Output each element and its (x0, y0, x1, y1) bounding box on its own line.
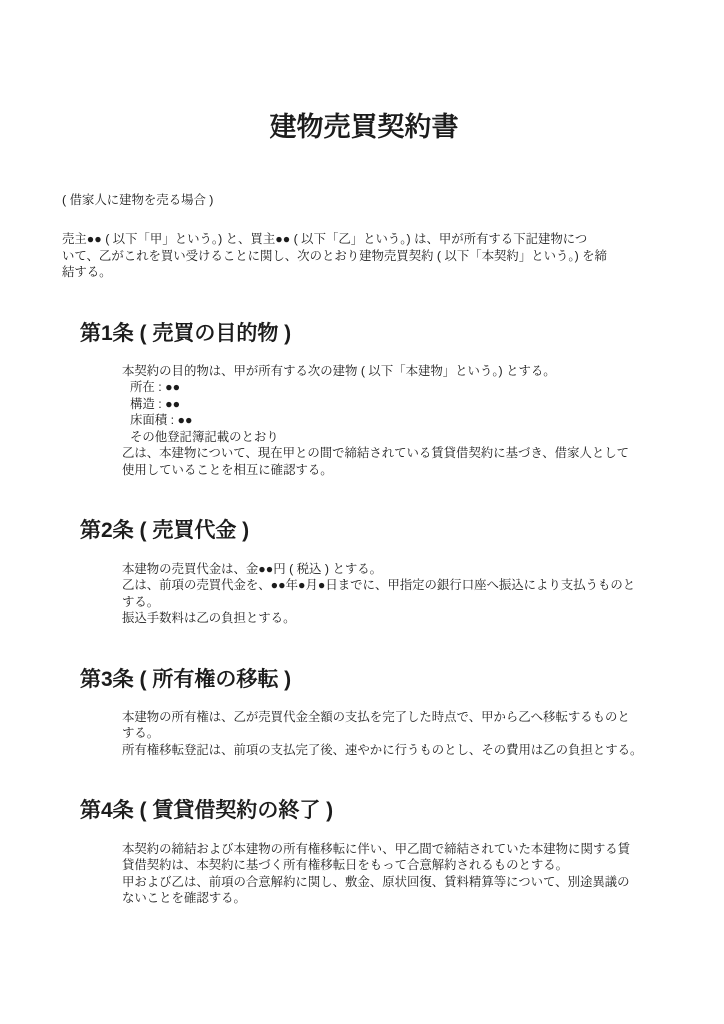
body-line: 本契約の目的物は、甲が所有する次の建物 ( 以下「本建物」という。) とする。 (122, 363, 666, 380)
body-line: 使用していることを相互に確認する。 (122, 462, 666, 479)
article-4-body: 本契約の締結および本建物の所有権移転に伴い、甲乙間で締結されていた本建物に関する… (122, 841, 666, 907)
body-line: 本建物の所有権は、乙が売買代金全額の支払を完了した時点で、甲から乙へ移転するもの… (122, 709, 666, 726)
article-2-body: 本建物の売買代金は、金●●円 ( 税込 ) とする。 乙は、前項の売買代金を、●… (122, 561, 666, 627)
property-detail-line: 所在 : ●● (130, 379, 666, 396)
preamble-line: 結する。 (62, 264, 666, 281)
body-line: 本建物の売買代金は、金●●円 ( 税込 ) とする。 (122, 561, 666, 578)
article-2: 第2条 ( 売買代金 ) 本建物の売買代金は、金●●円 ( 税込 ) とする。 … (62, 518, 666, 626)
property-detail-line: その他登記簿記載のとおり (130, 429, 666, 446)
body-line: 振込手数料は乙の負担とする。 (122, 610, 666, 627)
body-line: 乙は、本建物について、現在甲との間で締結されている賃貸借契約に基づき、借家人とし… (122, 445, 666, 462)
preamble: 売主●● ( 以下「甲」という。) と、買主●● ( 以下「乙」という。) は、… (62, 231, 666, 281)
preamble-line: 売主●● ( 以下「甲」という。) と、買主●● ( 以下「乙」という。) は、… (62, 231, 666, 248)
preamble-line: いて、乙がこれを買い受けることに関し、次のとおり建物売買契約 ( 以下「本契約」… (62, 248, 666, 265)
article-3-body: 本建物の所有権は、乙が売買代金全額の支払を完了した時点で、甲から乙へ移転するもの… (122, 709, 666, 759)
property-detail-line: 構造 : ●● (130, 396, 666, 413)
body-line: 所有権移転登記は、前項の支払完了後、速やかに行うものとし、その費用は乙の負担とす… (122, 742, 666, 759)
document-page: 建物売買契約書 ( 借家人に建物を売る場合 ) 売主●● ( 以下「甲」という。… (0, 0, 724, 1024)
article-4-heading: 第4条 ( 賃貸借契約の終了 ) (80, 798, 666, 824)
body-line: 乙は、前項の売買代金を、●●年●月●日までに、甲指定の銀行口座へ振込により支払う… (122, 577, 666, 594)
article-1-body: 本契約の目的物は、甲が所有する次の建物 ( 以下「本建物」という。) とする。 … (122, 363, 666, 479)
article-3: 第3条 ( 所有権の移転 ) 本建物の所有権は、乙が売買代金全額の支払を完了した… (62, 667, 666, 759)
body-line: 貸借契約は、本契約に基づく所有権移転日をもって合意解約されるものとする。 (122, 857, 666, 874)
body-line: する。 (122, 725, 666, 742)
article-1-heading: 第1条 ( 売買の目的物 ) (80, 321, 666, 347)
article-3-heading: 第3条 ( 所有権の移転 ) (80, 667, 666, 693)
property-detail-line: 床面積 : ●● (130, 412, 666, 429)
document-title: 建物売買契約書 (62, 112, 666, 144)
body-line: する。 (122, 594, 666, 611)
body-line: ないことを確認する。 (122, 890, 666, 907)
article-1: 第1条 ( 売買の目的物 ) 本契約の目的物は、甲が所有する次の建物 ( 以下「… (62, 321, 666, 479)
article-4: 第4条 ( 賃貸借契約の終了 ) 本契約の締結および本建物の所有権移転に伴い、甲… (62, 798, 666, 906)
case-note: ( 借家人に建物を売る場合 ) (62, 192, 666, 209)
body-line: 本契約の締結および本建物の所有権移転に伴い、甲乙間で締結されていた本建物に関する… (122, 841, 666, 858)
article-2-heading: 第2条 ( 売買代金 ) (80, 518, 666, 544)
body-line: 甲および乙は、前項の合意解約に関し、敷金、原状回復、賃料精算等について、別途異議… (122, 874, 666, 891)
